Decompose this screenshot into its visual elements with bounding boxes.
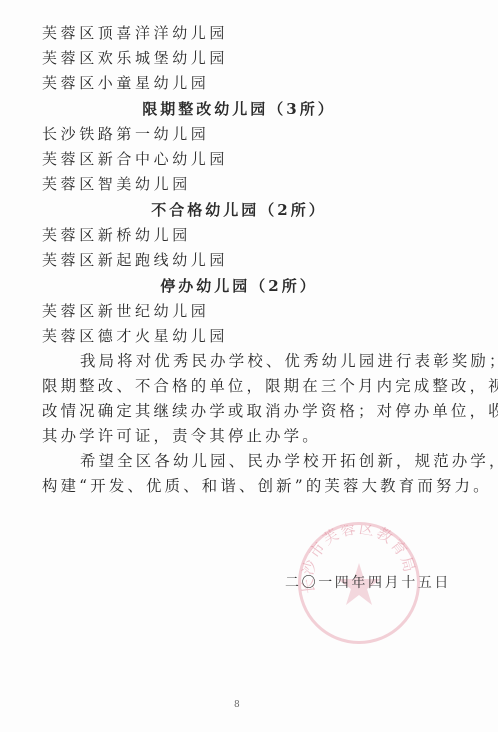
list-item: 芙蓉区德才火星幼儿园 bbox=[42, 324, 228, 349]
section-heading-unqualified: 不合格幼儿园（2所） bbox=[0, 198, 478, 223]
paragraph-line: 我局将对优秀民办学校、优秀幼儿园进行表彰奖励；对 bbox=[80, 349, 498, 374]
paragraph-line: 改情况确定其继续办学或取消办学资格；对停办单位，收回 bbox=[42, 399, 498, 424]
list-item: 芙蓉区新起跑线幼儿园 bbox=[42, 248, 228, 273]
list-item: 芙蓉区新合中心幼儿园 bbox=[42, 147, 228, 172]
list-item: 长沙铁路第一幼儿园 bbox=[42, 122, 209, 147]
list-item: 芙蓉区新世纪幼儿园 bbox=[42, 299, 209, 324]
list-item: 芙蓉区新桥幼儿园 bbox=[42, 223, 191, 248]
list-item: 芙蓉区小童星幼儿园 bbox=[42, 71, 209, 96]
section-heading-rectification: 限期整改幼儿园（3所） bbox=[0, 97, 478, 122]
paragraph-line: 希望全区各幼儿园、民办学校开拓创新，规范办学，为 bbox=[80, 449, 498, 474]
issue-date: 二〇一四年四月十五日 bbox=[285, 572, 451, 594]
paragraph-line: 其办学许可证，责令其停止办学。 bbox=[42, 424, 321, 449]
list-item: 芙蓉区欢乐城堡幼儿园 bbox=[42, 46, 228, 71]
section-heading-suspended: 停办幼儿园（2所） bbox=[0, 274, 478, 299]
list-item: 芙蓉区顶喜洋洋幼儿园 bbox=[42, 21, 228, 46]
paragraph-line: 限期整改、不合格的单位，限期在三个月内完成整改，视整 bbox=[42, 374, 498, 399]
page-number: 8 bbox=[234, 700, 240, 710]
paragraph-line: 构建“开发、优质、和谐、创新”的芙蓉大教育而努力。 bbox=[42, 474, 492, 499]
document-page: 芙蓉区顶喜洋洋幼儿园 芙蓉区欢乐城堡幼儿园 芙蓉区小童星幼儿园 限期整改幼儿园（… bbox=[0, 0, 498, 732]
list-item: 芙蓉区智美幼儿园 bbox=[42, 172, 191, 197]
